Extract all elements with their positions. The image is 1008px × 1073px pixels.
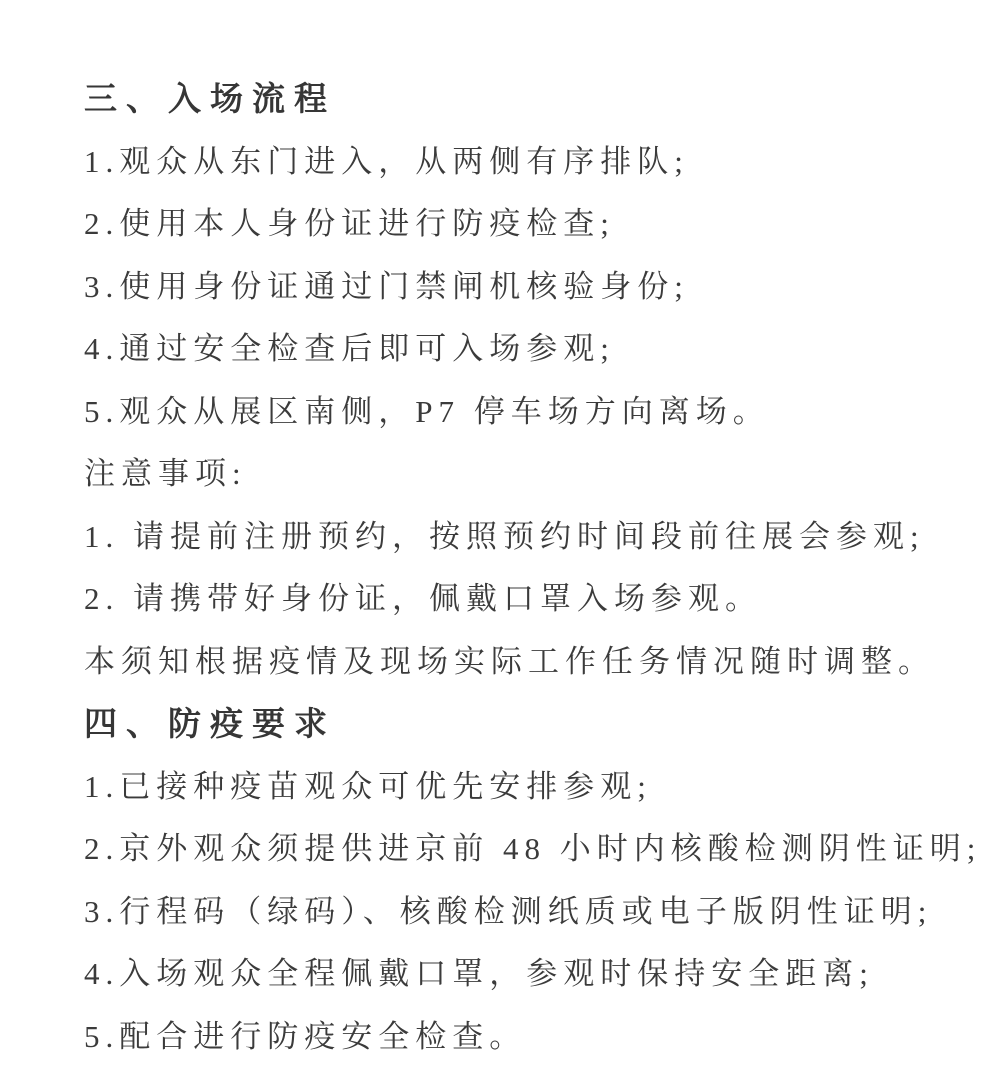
entry-step-3: 3.使用身份证通过门禁闸机核验身份;	[84, 256, 978, 319]
entry-step-5: 5.观众从展区南侧，P7 停车场方向离场。	[84, 381, 978, 444]
entry-step-2: 2.使用本人身份证进行防疫检查;	[84, 193, 978, 256]
epidemic-requirement-4: 4.入场观众全程佩戴口罩，参观时保持安全距离;	[84, 943, 978, 1006]
epidemic-requirement-2: 2.京外观众须提供进京前 48 小时内核酸检测阴性证明;	[84, 818, 978, 881]
section-heading-entry-process: 三、入场流程	[84, 68, 978, 131]
entry-step-4: 4.通过安全检查后即可入场参观;	[84, 318, 978, 381]
adjustment-note: 本须知根据疫情及现场实际工作任务情况随时调整。	[84, 631, 978, 694]
epidemic-requirement-1: 1.已接种疫苗观众可优先安排参观;	[84, 756, 978, 819]
notice-heading: 注意事项:	[84, 443, 978, 506]
document-page: 三、入场流程 1.观众从东门进入，从两侧有序排队; 2.使用本人身份证进行防疫检…	[0, 0, 1008, 1073]
notice-item-2: 2. 请携带好身份证，佩戴口罩入场参观。	[84, 568, 978, 631]
section-heading-epidemic-requirements: 四、防疫要求	[84, 693, 978, 756]
notice-item-1: 1. 请提前注册预约，按照预约时间段前往展会参观;	[84, 506, 978, 569]
epidemic-requirement-5: 5.配合进行防疫安全检查。	[84, 1006, 978, 1069]
entry-step-1: 1.观众从东门进入，从两侧有序排队;	[84, 131, 978, 194]
epidemic-requirement-3: 3.行程码（绿码）、核酸检测纸质或电子版阴性证明;	[84, 881, 978, 944]
